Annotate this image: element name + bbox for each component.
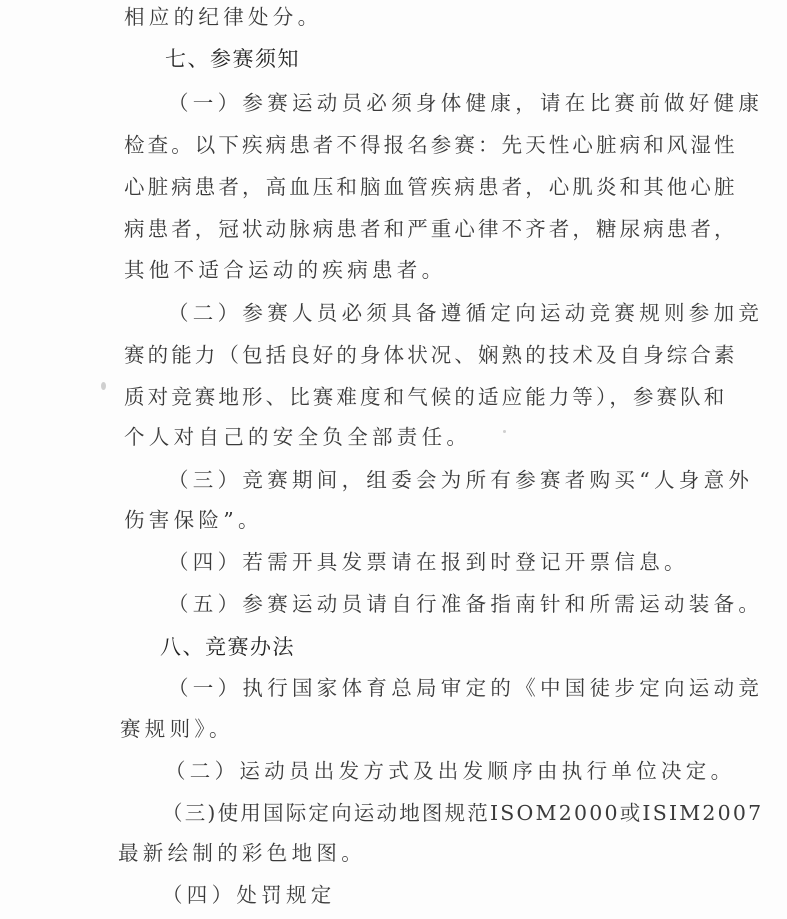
paragraph-line: 最新绘制的彩色地图。 [118,841,366,865]
paragraph-line: 其他不适合运动的疾病患者。 [124,258,446,282]
paragraph-line: （一）执行国家体育总局审定的《中国徒步定向运动竞 [168,676,763,700]
document-page: 相应的纪律处分。 七、参赛须知 （一）参赛运动员必须身体健康，请在比赛前做好健康… [0,0,787,919]
paragraph-line: 心脏病患者，高血压和脑血管疾病患者，心肌炎和其他心脏 [124,175,738,199]
section-heading-7: 七、参赛须知 [165,47,300,71]
paragraph-line: 赛的能力（包括良好的身体状况、娴熟的技术及自身综合素 [124,343,738,367]
paragraph-line: （三）竞赛期间，组委会为所有参赛者购买“人身意外 [168,468,753,492]
paragraph-line: （四）若需开具发票请在报到时登记开票信息。 [168,550,689,574]
paragraph-line: 赛规则》。 [120,717,234,741]
scan-speck [101,382,106,390]
scan-speck [503,430,506,433]
paragraph-line: 病患者，冠状动脉病患者和严重心律不齐者，糖尿病患者， [124,217,738,241]
paragraph-line: （五）参赛运动员请自行准备指南针和所需运动装备。 [168,592,763,616]
paragraph-line: 质对竞赛地形、比赛难度和气候的适应能力等），参赛队和 [124,385,727,409]
paragraph-line: 伤害保险”。 [124,508,263,532]
paragraph-line: 个人对自己的安全负全部责任。 [124,425,471,449]
paragraph-line: （四）处罚规定 [162,883,336,907]
paragraph-line: 检查。以下疾病患者不得报名参赛：先天性心脏病和风湿性 [124,133,738,157]
paragraph-line: （三)使用国际定向运动地图规范ISOM2000或ISIM2007 [162,801,763,825]
paragraph-line: （二）参赛人员必须具备遵循定向运动竞赛规则参加竞 [168,301,763,325]
section-heading-8: 八、竞赛办法 [160,635,295,659]
paragraph-line: （二）运动员出发方式及出发顺序由执行单位决定。 [165,759,735,783]
paragraph-line: （一）参赛运动员必须身体健康，请在比赛前做好健康 [168,91,763,115]
paragraph-line: 相应的纪律处分。 [124,5,322,29]
